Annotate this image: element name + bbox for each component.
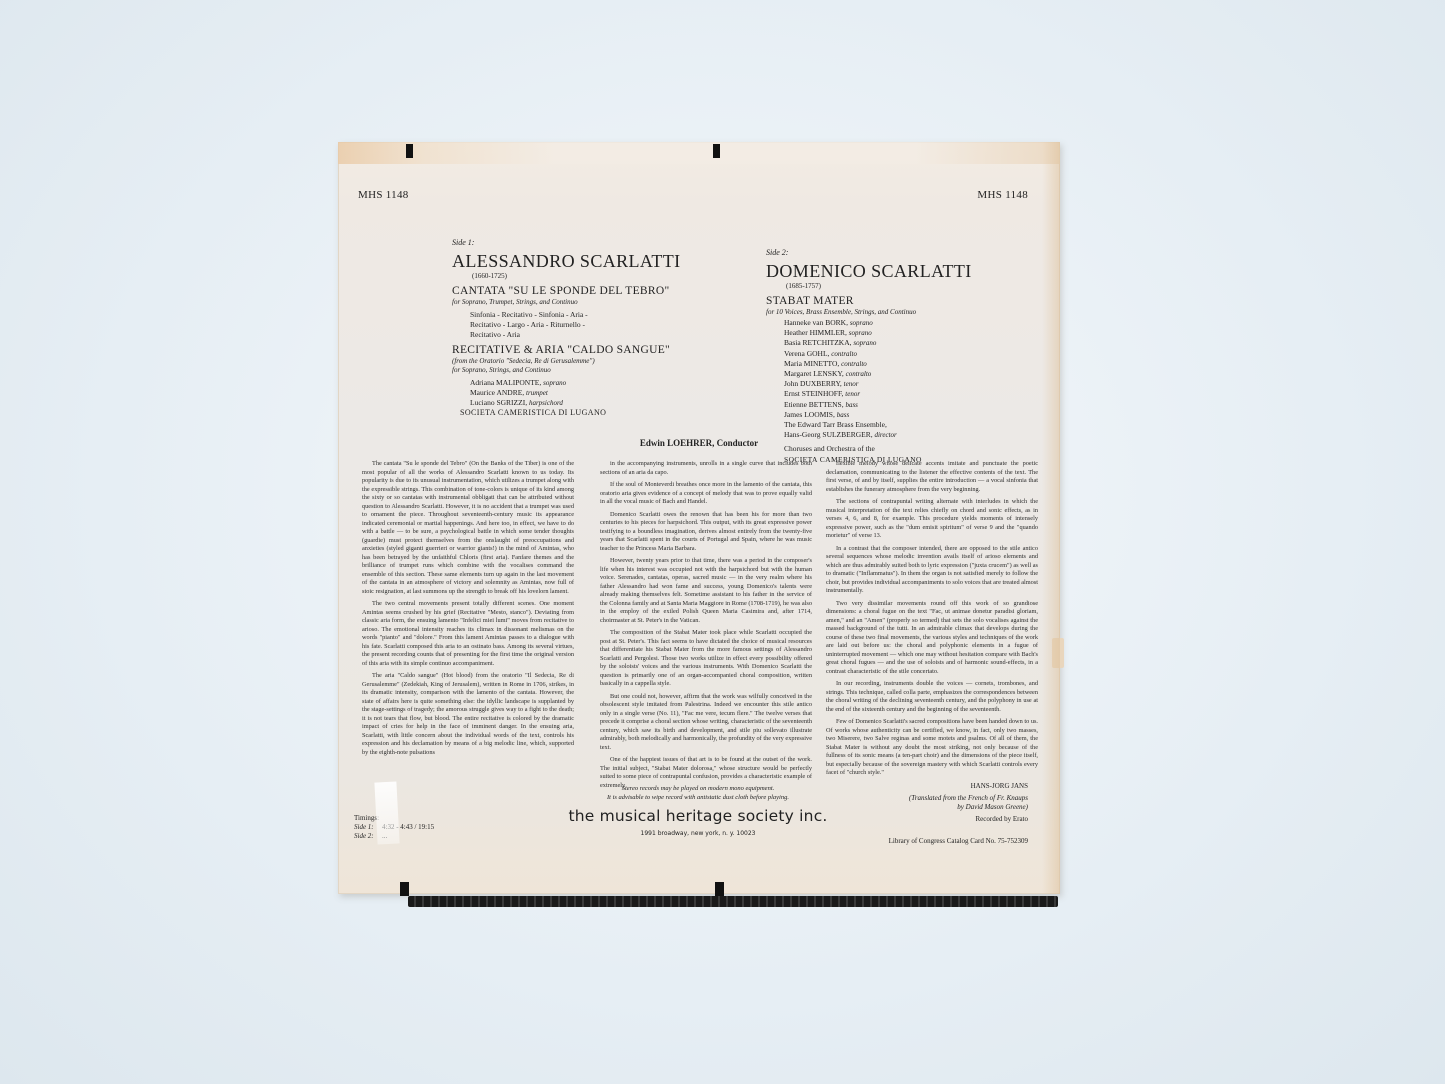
record-sleeve-back: MHS 1148 MHS 1148 Side 1: ALESSANDRO SCA… — [338, 142, 1060, 894]
paragraph: The two central movements present totall… — [362, 600, 574, 668]
sticker-residue — [374, 781, 399, 844]
translation-credit: (Translated from the French of Fr. Knaup… — [909, 794, 1028, 812]
performer: Maurice ANDRE, trumpet — [470, 388, 742, 398]
paragraph: The aria "Caldo sangue" (Hot blood) from… — [362, 672, 574, 757]
publisher-address: 1991 broadway, new york, n. y. 10023 — [548, 830, 848, 837]
side2-work-title: STABAT MATER — [766, 295, 1036, 308]
recorded-by: Recorded by Erato — [976, 815, 1028, 823]
side1-dates: (1660-1725) — [452, 271, 742, 282]
performer: Heather HIMMLER, soprano — [784, 328, 1036, 338]
side1-movements: Sinfonia - Recitativo - Sinfonia - Aria … — [452, 310, 742, 340]
stand-post-center — [715, 882, 724, 896]
stand-post-left — [400, 882, 409, 896]
liner-notes-column-2: in the accompanying instruments, unrolls… — [600, 460, 812, 794]
liner-notes-column-1: The cantata "Su le sponde del Tebro" (On… — [362, 460, 574, 761]
paragraph: But one could not, however, affirm that … — [600, 693, 812, 753]
paragraph: However, twenty years prior to that time… — [600, 557, 812, 625]
performer: The Edward Tarr Brass Ensemble, — [784, 420, 1036, 430]
paragraph: The composition of the Stabat Mater took… — [600, 629, 812, 689]
performer: John DUXBERRY, tenor — [784, 379, 1036, 389]
paragraph: In our recording, instruments double the… — [826, 680, 1038, 714]
performer: Adriana MALIPONTE, soprano — [470, 378, 742, 388]
side2-work-subtitle: for 10 Voices, Brass Ensemble, Strings, … — [766, 308, 1036, 317]
paragraph: The cantata "Su le sponde del Tebro" (On… — [362, 460, 574, 596]
paragraph: Few of Domenico Scarlatti's sacred compo… — [826, 718, 1038, 778]
stand-clip-left — [406, 144, 413, 158]
side1-label: Side 1: — [452, 238, 742, 249]
side1-work2-title: RECITATIVE & ARIA "CALDO SANGUE" — [452, 344, 742, 357]
stand-clip-center — [713, 144, 720, 158]
stereo-notice: Stereo records may be played on modern m… — [568, 784, 828, 802]
performer: Hans-Georg SULZBERGER, director — [784, 430, 1036, 440]
side1-composer: ALESSANDRO SCARLATTI — [452, 251, 742, 271]
paragraph: flexible melody whose delicate accents i… — [826, 460, 1038, 494]
side2-credits: Side 2: DOMENICO SCARLATTI (1685-1757) S… — [766, 248, 1036, 465]
performer: Etienne BETTENS, bass — [784, 400, 1036, 410]
catalog-number-right: MHS 1148 — [977, 189, 1028, 201]
library-of-congress-number: Library of Congress Catalog Card No. 75-… — [889, 837, 1028, 845]
side1-work1-title: CANTATA "SU LE SPONDE DEL TEBRO" — [452, 285, 742, 298]
performer: Verena GOHL, contralto — [784, 349, 1036, 359]
side2-performers: Hanneke van BORK, soprano Heather HIMMLE… — [766, 318, 1036, 465]
paragraph: Domenico Scarlatti owes the renown that … — [600, 511, 812, 554]
performer: Basia RETCHITZKA, soprano — [784, 338, 1036, 348]
side2-composer: DOMENICO SCARLATTI — [766, 261, 1036, 281]
side1-work1-subtitle: for Soprano, Trumpet, Strings, and Conti… — [452, 298, 742, 307]
side1-credits: Side 1: ALESSANDRO SCARLATTI (1660-1725)… — [452, 238, 742, 409]
notes-author: HANS-JORG JANS — [971, 782, 1028, 791]
liner-notes-column-3: flexible melody whose delicate accents i… — [826, 460, 1038, 782]
peeling-edge — [1052, 638, 1064, 668]
paragraph: in the accompanying instruments, unrolls… — [600, 460, 812, 477]
performer: James LOOMIS, bass — [784, 410, 1036, 420]
performer: Ernst STEINHOFF, tenor — [784, 389, 1036, 399]
movement-line: Sinfonia - Recitativo - Sinfonia - Aria … — [470, 310, 742, 320]
publisher-logo-text: the musical heritage society inc. — [548, 807, 848, 825]
side1-work2-subtitle: for Soprano, Strings, and Continuo — [452, 366, 742, 375]
side2-label: Side 2: — [766, 248, 1036, 259]
catalog-number-left: MHS 1148 — [358, 189, 409, 201]
side1-ensemble: SOCIETA CAMERISTICA DI LUGANO — [460, 408, 606, 417]
paragraph: Two very dissimilar movements round off … — [826, 600, 1038, 677]
movement-line: Recitativo - Aria — [470, 330, 742, 340]
paragraph: If the soul of Monteverdi breathes once … — [600, 481, 812, 507]
display-stand-base — [408, 896, 1058, 907]
side1-performers: Adriana MALIPONTE, soprano Maurice ANDRE… — [452, 378, 742, 409]
paragraph: The sections of contrapuntal writing alt… — [826, 498, 1038, 541]
side2-dates: (1685-1757) — [766, 281, 1036, 292]
performer: Maria MINETTO, contralto — [784, 359, 1036, 369]
paragraph: In a contrast that the composer intended… — [826, 545, 1038, 596]
movement-line: Recitativo - Largo - Aria - Riturnello - — [470, 320, 742, 330]
side1-work2-source: (from the Oratorio "Sedecia, Re di Gerus… — [452, 357, 742, 366]
side2-ensemble-line1: Choruses and Orchestra of the — [784, 444, 1036, 454]
performer: Margaret LENSKY, contralto — [784, 369, 1036, 379]
performer: Hanneke van BORK, soprano — [784, 318, 1036, 328]
